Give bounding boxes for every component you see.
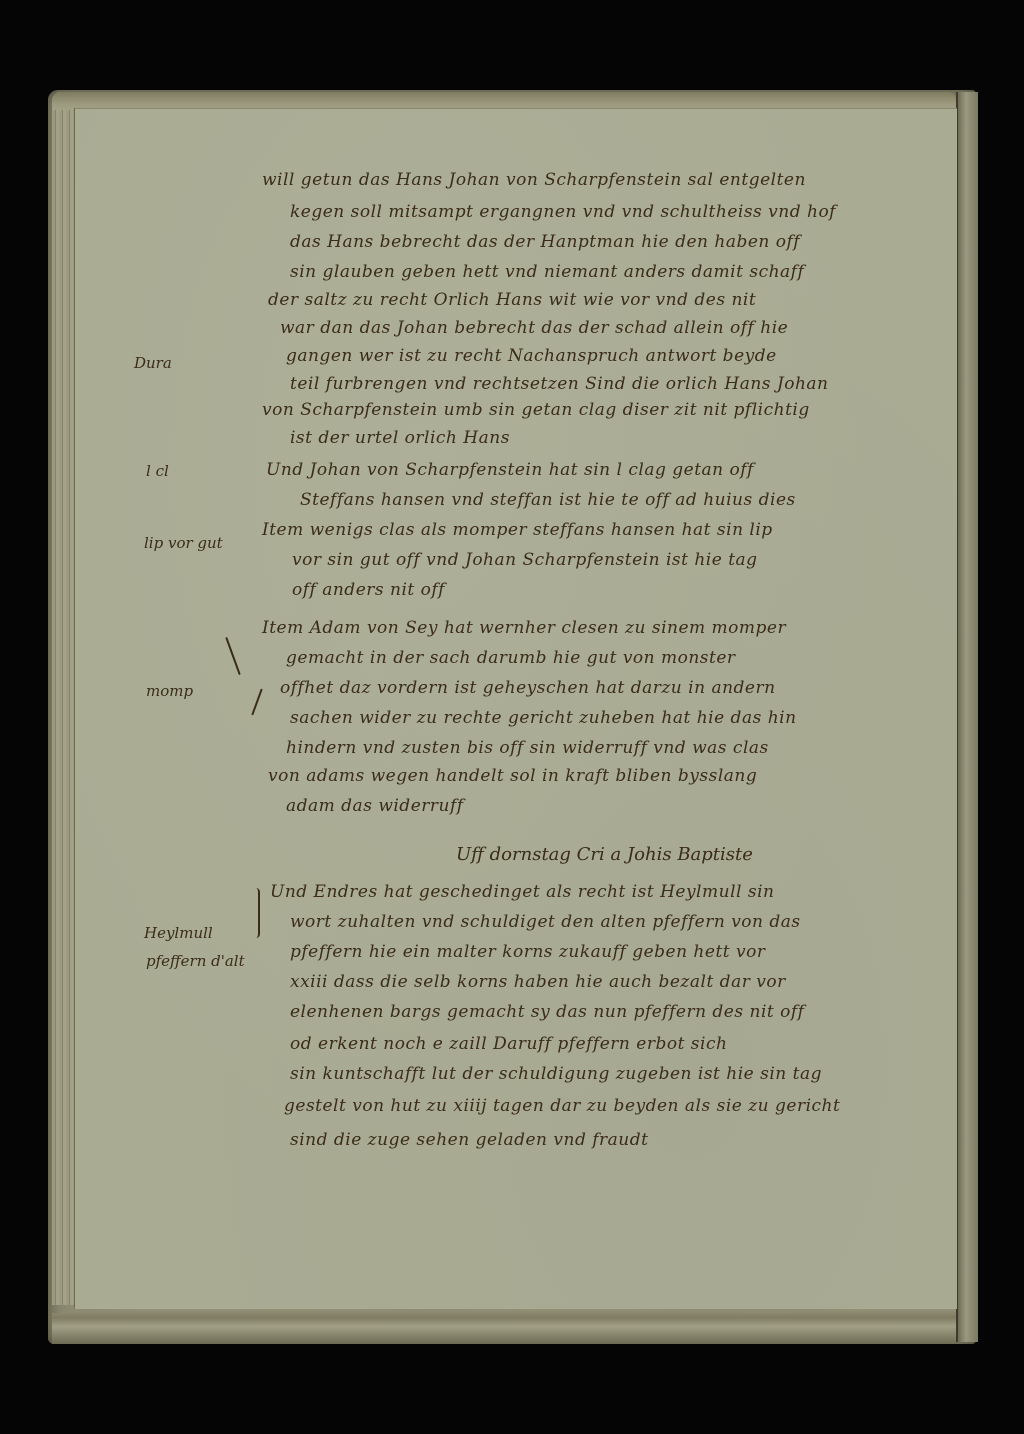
text-line: pfeffern hie ein malter korns zukauff ge… <box>290 942 765 962</box>
text-line: von Scharpfenstein umb sin getan clag di… <box>262 400 810 420</box>
text-line: gangen wer ist zu recht Nachanspruch ant… <box>286 346 777 366</box>
margin-note: lip vor gut <box>144 534 223 552</box>
text-line: war dan das Johan bebrecht das der schad… <box>280 318 788 338</box>
text-line: will getun das Hans Johan von Scharpfens… <box>262 170 806 190</box>
text-line: wort zuhalten vnd schuldiget den alten p… <box>290 912 801 932</box>
text-line: Und Johan von Scharpfenstein hat sin l c… <box>266 460 754 480</box>
text-line: ist der urtel orlich Hans <box>290 428 510 448</box>
text-line: offhet daz vordern ist geheyschen hat da… <box>280 678 776 698</box>
text-line: das Hans bebrecht das der Hanptman hie d… <box>290 232 800 252</box>
text-line: kegen soll mitsampt ergangnen vnd vnd sc… <box>290 202 836 222</box>
text-line: adam das widerruff <box>286 796 464 816</box>
text-line: vor sin gut off vnd Johan Scharpfenstein… <box>292 550 758 570</box>
text-line: gestelt von hut zu xiiij tagen dar zu be… <box>284 1096 840 1116</box>
pen-bracket <box>256 888 260 938</box>
text-line: Item Adam von Sey hat wernher clesen zu … <box>262 618 786 638</box>
page-fold-line <box>74 108 75 1308</box>
margin-note: l cl <box>146 462 169 480</box>
text-line: von adams wegen handelt sol in kraft bli… <box>268 766 757 786</box>
text-line: der saltz zu recht Orlich Hans wit wie v… <box>268 290 756 310</box>
text-line: Steffans hansen vnd steffan ist hie te o… <box>300 490 796 510</box>
page-left-edges <box>52 110 76 1305</box>
text-line: elenhenen bargs gemacht sy das nun pfeff… <box>290 1002 804 1022</box>
date-heading: Uff dornstag Cri a Johis Baptiste <box>456 844 753 865</box>
text-line: sind die zuge sehen geladen vnd fraudt <box>290 1130 648 1150</box>
back-sheet-edge <box>956 92 978 1342</box>
text-line: sin glauben geben hett vnd niemant ander… <box>290 262 804 282</box>
text-line: off anders nit off <box>292 580 445 600</box>
text-line: od erkent noch e zaill Daruff pfeffern e… <box>290 1034 727 1054</box>
text-line: sin kuntschafft lut der schuldigung zuge… <box>290 1064 822 1084</box>
text-line: hindern vnd zusten bis off sin widerruff… <box>286 738 769 758</box>
text-line: sachen wider zu rechte gericht zuheben h… <box>290 708 797 728</box>
text-line: gemacht in der sach darumb hie gut von m… <box>286 648 736 668</box>
text-line: teil furbrengen vnd rechtsetzen Sind die… <box>290 374 829 394</box>
text-line: xxiii dass die selb korns haben hie auch… <box>290 972 786 992</box>
margin-note: Heylmull <box>144 924 213 942</box>
margin-note: momp <box>146 682 193 700</box>
text-line: Item wenigs clas als momper steffans han… <box>262 520 773 540</box>
margin-note: Dura <box>134 354 172 372</box>
margin-note: pfeffern d'alt <box>146 952 245 970</box>
text-line: Und Endres hat geschedinget als recht is… <box>270 882 774 902</box>
